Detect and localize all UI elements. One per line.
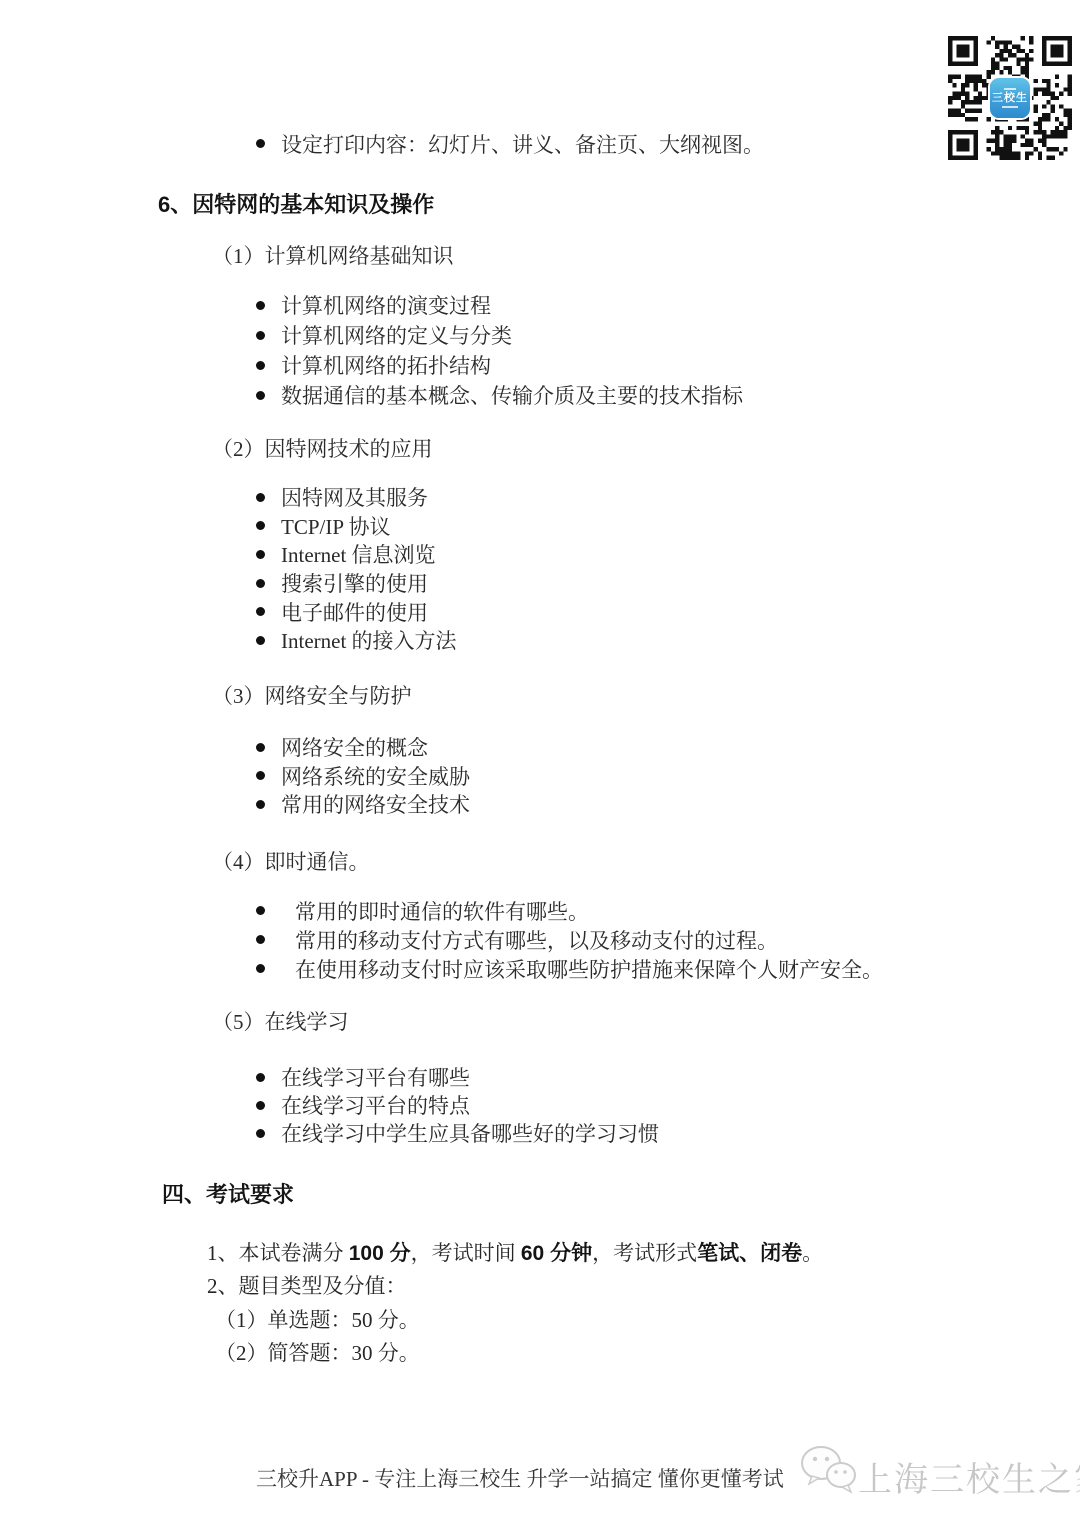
list-item: 计算机网络的演变过程 — [256, 290, 743, 320]
exam-line-3: （1）单选题：50 分。 — [215, 1306, 420, 1335]
bullet-icon — [256, 743, 265, 752]
bullet-icon — [256, 331, 265, 340]
list-item-text: 计算机网络的定义与分类 — [281, 320, 512, 350]
subsection-4-title: （4）即时通信。 — [212, 846, 370, 876]
bullet-icon — [256, 935, 265, 944]
list-item-text: 计算机网络的演变过程 — [281, 290, 491, 320]
bullet-icon — [256, 1129, 265, 1138]
list-item-text: 在线学习中学生应具备哪些好的学习习惯 — [281, 1118, 659, 1148]
list-item: 在线学习平台的特点 — [256, 1091, 659, 1119]
list-item: 因特网及其服务 — [256, 483, 457, 512]
list-item-text: 在线学习平台的特点 — [281, 1090, 470, 1120]
subsection-3-list: 网络安全的概念 网络系统的安全威胁 常用的网络安全技术 — [256, 733, 470, 819]
bullet-icon — [256, 391, 265, 400]
list-item-text: 数据通信的基本概念、传输介质及主要的技术指标 — [281, 380, 743, 410]
list-item-text: 网络安全的概念 — [281, 732, 428, 762]
subsection-1-list: 计算机网络的演变过程 计算机网络的定义与分类 计算机网络的拓扑结构 数据通信的基… — [256, 290, 743, 410]
list-item: 网络安全的概念 — [256, 733, 470, 762]
watermark-text: 上海三校生之家 — [858, 1452, 1080, 1501]
exam-line-1-seg: 1、本试卷满分 — [207, 1241, 349, 1265]
qr-code: 三校生 — [945, 36, 1075, 160]
bullet-icon — [256, 361, 265, 370]
subsection-5-list: 在线学习平台有哪些 在线学习平台的特点 在线学习中学生应具备哪些好的学习习惯 — [256, 1063, 659, 1147]
subsection-3-title: （3）网络安全与防护 — [212, 680, 412, 710]
list-item-text: 常用的移动支付方式有哪些，以及移动支付的过程。 — [295, 925, 778, 955]
list-item: 计算机网络的定义与分类 — [256, 320, 743, 350]
wechat-logo-icon — [798, 1443, 858, 1497]
list-item: 在线学习平台有哪些 — [256, 1063, 659, 1091]
subsection-5-title: （5）在线学习 — [212, 1006, 349, 1036]
list-item: 计算机网络的拓扑结构 — [256, 350, 743, 380]
footer-slogan: 三校升APP - 专注上海三校生 升学一站搞定 懂你更懂考试 — [256, 1463, 784, 1493]
exam-total-score: 100 分 — [349, 1242, 411, 1265]
list-item: 网络系统的安全威胁 — [256, 762, 470, 791]
list-item: 在使用移动支付时应该采取哪些防护措施来保障个人财产安全。 — [256, 954, 883, 983]
bullet-icon — [256, 964, 265, 973]
subsection-2-title: （2）因特网技术的应用 — [212, 433, 433, 463]
list-item: 电子邮件的使用 — [256, 597, 457, 626]
exam-line-1: 1、本试卷满分 100 分，考试时间 60 分钟，考试形式笔试、闭卷。 — [207, 1239, 823, 1268]
exam-line-2: 2、题目类型及分值： — [207, 1272, 407, 1301]
list-item-text: Internet 信息浏览 — [281, 539, 436, 569]
list-item-text: Internet 的接入方法 — [281, 625, 457, 655]
bullet-icon — [256, 607, 265, 616]
list-item-text: 常用的即时通信的软件有哪些。 — [295, 896, 589, 926]
print-content-list: 设定打印内容：幻灯片、讲义、备注页、大纲视图。 — [256, 129, 764, 158]
exam-line-1-seg: 。 — [802, 1241, 823, 1265]
list-item-text: 在线学习平台有哪些 — [281, 1062, 470, 1092]
bullet-icon — [256, 493, 265, 502]
qr-center-logo: 三校生 — [990, 78, 1030, 118]
exam-line-4: （2）简答题：30 分。 — [215, 1339, 420, 1368]
list-item-text: 常用的网络安全技术 — [281, 789, 470, 819]
list-item-text: 在使用移动支付时应该采取哪些防护措施来保障个人财产安全。 — [295, 954, 883, 984]
list-item: 常用的即时通信的软件有哪些。 — [256, 896, 883, 925]
qr-logo-decor-top — [1004, 88, 1016, 90]
exam-format: 笔试、闭卷 — [697, 1242, 802, 1265]
bullet-icon — [256, 1101, 265, 1110]
qr-logo-decor-bottom — [1002, 106, 1018, 108]
bullet-icon — [256, 550, 265, 559]
list-item: 设定打印内容：幻灯片、讲义、备注页、大纲视图。 — [256, 129, 764, 158]
qr-logo-label: 三校生 — [992, 92, 1028, 104]
list-item: 搜索引擎的使用 — [256, 569, 457, 598]
bullet-icon — [256, 139, 265, 148]
list-item: Internet 的接入方法 — [256, 626, 457, 655]
list-item-text: 搜索引擎的使用 — [281, 568, 428, 598]
bullet-icon — [256, 906, 265, 915]
list-item: 在线学习中学生应具备哪些好的学习习惯 — [256, 1119, 659, 1147]
bullet-icon — [256, 521, 265, 530]
list-item-text: 网络系统的安全威胁 — [281, 761, 470, 791]
document-page: 三校生 设定打印内容：幻灯片、讲义、备注页、大纲视图。 6、因特网的基本知识及操… — [0, 0, 1080, 1527]
bullet-icon — [256, 301, 265, 310]
exam-line-1-seg: ，考试形式 — [592, 1241, 697, 1265]
section-6-title: 6、因特网的基本知识及操作 — [158, 188, 434, 219]
list-item: 数据通信的基本概念、传输介质及主要的技术指标 — [256, 380, 743, 410]
list-item-text: 设定打印内容：幻灯片、讲义、备注页、大纲视图。 — [281, 129, 764, 159]
list-item-text: 电子邮件的使用 — [281, 597, 428, 627]
section-4-title: 四、考试要求 — [162, 1178, 294, 1209]
subsection-4-list: 常用的即时通信的软件有哪些。 常用的移动支付方式有哪些，以及移动支付的过程。 在… — [256, 896, 883, 983]
list-item-text: 计算机网络的拓扑结构 — [281, 350, 491, 380]
list-item: Internet 信息浏览 — [256, 540, 457, 569]
subsection-2-list: 因特网及其服务 TCP/IP 协议 Internet 信息浏览 搜索引擎的使用 … — [256, 483, 457, 655]
bullet-icon — [256, 579, 265, 588]
bullet-icon — [256, 1073, 265, 1082]
list-item: 常用的移动支付方式有哪些，以及移动支付的过程。 — [256, 925, 883, 954]
bullet-icon — [256, 636, 265, 645]
exam-duration: 60 分钟 — [521, 1242, 592, 1265]
list-item: TCP/IP 协议 — [256, 512, 457, 541]
bullet-icon — [256, 771, 265, 780]
subsection-1-title: （1）计算机网络基础知识 — [212, 240, 454, 270]
list-item: 常用的网络安全技术 — [256, 790, 470, 819]
list-item-text: TCP/IP 协议 — [281, 511, 391, 541]
exam-line-1-seg: ，考试时间 — [411, 1241, 521, 1265]
list-item-text: 因特网及其服务 — [281, 482, 428, 512]
bullet-icon — [256, 800, 265, 809]
